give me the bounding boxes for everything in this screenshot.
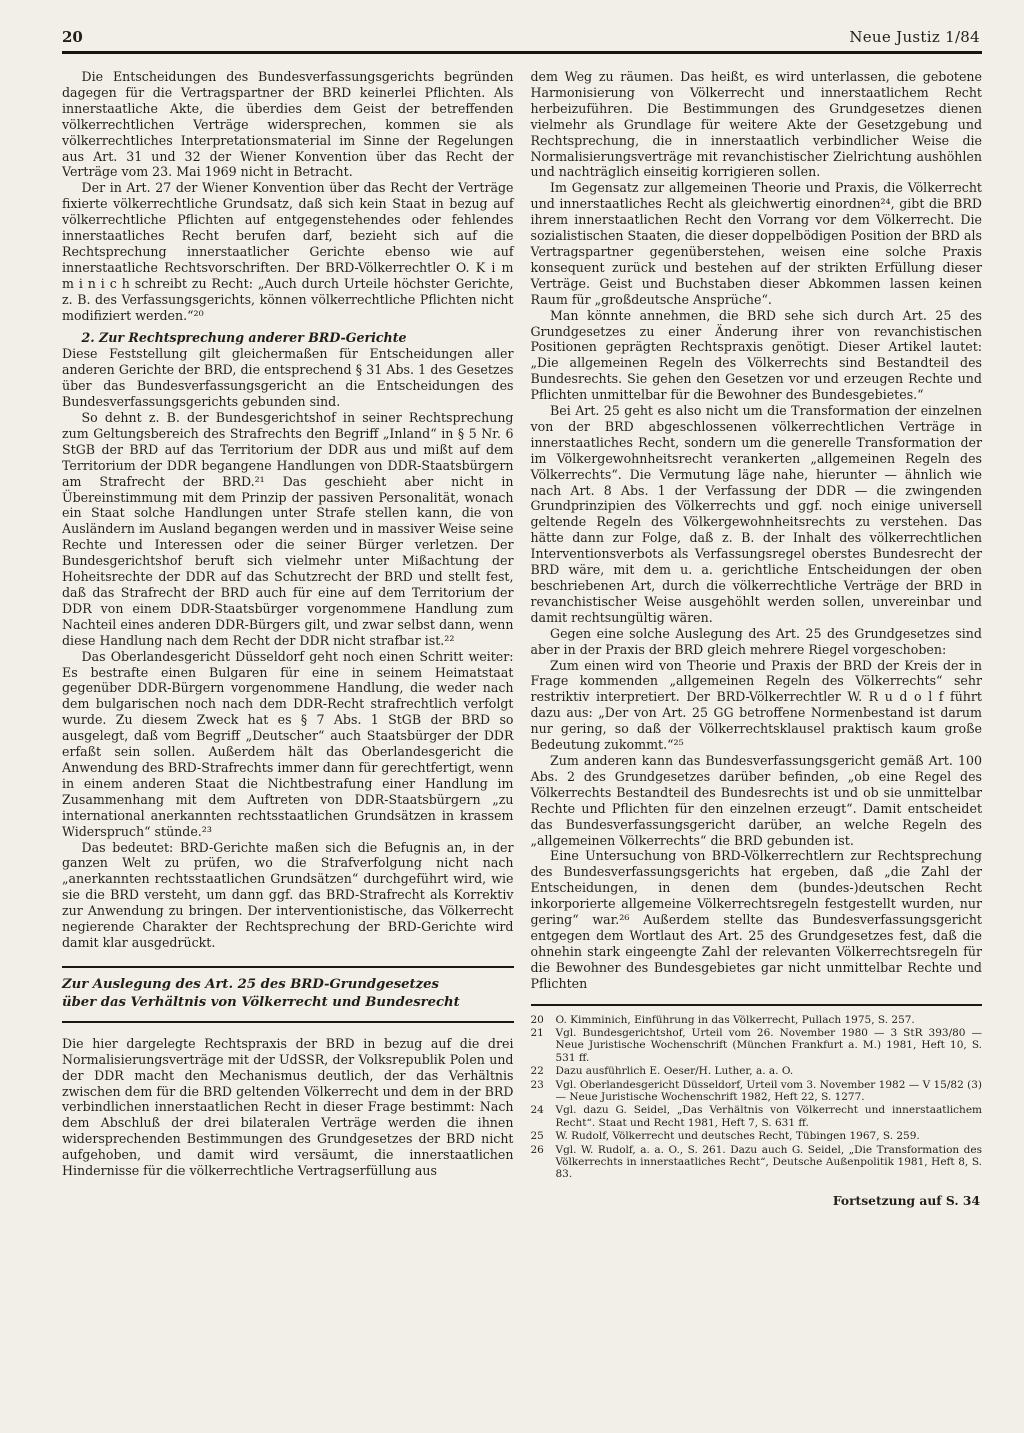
paragraph: Das Oberlandesgericht Düsseldorf geht no…: [62, 649, 514, 840]
paragraph: Im Gegensatz zur allgemeinen Theorie und…: [531, 180, 983, 307]
paragraph: So dehnt z. B. der Bundesgerichtshof in …: [62, 410, 514, 649]
footnotes: 20 O. Kimminich, Einführung in das Völke…: [531, 1004, 983, 1181]
paragraph: Gegen eine solche Auslegung des Art. 25 …: [531, 626, 983, 658]
footnote-number: 22: [531, 1065, 556, 1077]
footnote-text: Vgl. Oberlandesgericht Düsseldorf, Urtei…: [556, 1079, 983, 1104]
paragraph: Die hier dargelegte Rechtspraxis der BRD…: [62, 1036, 514, 1179]
footnote-number: 24: [531, 1104, 556, 1129]
footnote: 24 Vgl. dazu G. Seidel, „Das Verhältnis …: [531, 1104, 983, 1129]
header-rule: [62, 51, 982, 54]
journal-page: 20 Neue Justiz 1/84 Die Entscheidungen d…: [0, 0, 1024, 1433]
footnote-text: Dazu ausführlich E. Oeser/H. Luther, a. …: [556, 1065, 983, 1077]
cross-heading: Zur Auslegung des Art. 25 des BRD-Grundg…: [62, 966, 514, 1023]
paragraph: Diese Feststellung gilt gleichermaßen fü…: [62, 346, 514, 410]
paragraph: Der in Art. 27 der Wiener Konvention übe…: [62, 180, 514, 323]
paragraph: Die Entscheidungen des Bundesverfassungs…: [62, 69, 514, 180]
footnote-number: 23: [531, 1079, 556, 1104]
cross-heading-line: über das Verhältnis von Völkerrecht und …: [62, 994, 514, 1012]
paragraph: Zum einen wird von Theorie und Praxis de…: [531, 658, 983, 753]
article-body: Die Entscheidungen des Bundesverfassungs…: [62, 69, 982, 1209]
footnote-number: 26: [531, 1144, 556, 1181]
continuation-notice: Fortsetzung auf S. 34: [531, 1193, 983, 1209]
footnote-number: 25: [531, 1130, 556, 1142]
page-header: 20 Neue Justiz 1/84: [62, 28, 982, 51]
footnote-text: O. Kimminich, Einführung in das Völkerre…: [556, 1014, 983, 1026]
section-heading: 2. Zur Rechtsprechung anderer BRD-Gerich…: [62, 330, 514, 346]
footnote: 21 Vgl. Bundesgerichtshof, Urteil vom 26…: [531, 1027, 983, 1064]
footnote-number: 20: [531, 1014, 556, 1026]
left-column: Die Entscheidungen des Bundesverfassungs…: [62, 69, 514, 1209]
page-number: 20: [62, 28, 83, 46]
paragraph: dem Weg zu räumen. Das heißt, es wird un…: [531, 69, 983, 180]
footnote: 26 Vgl. W. Rudolf, a. a. O., S. 261. Daz…: [531, 1144, 983, 1181]
footnote-text: Vgl. Bundesgerichtshof, Urteil vom 26. N…: [556, 1027, 983, 1064]
footnote-text: W. Rudolf, Völkerrecht und deutsches Rec…: [556, 1130, 983, 1142]
footnote: 20 O. Kimminich, Einführung in das Völke…: [531, 1014, 983, 1026]
paragraph: Bei Art. 25 geht es also nicht um die Tr…: [531, 403, 983, 626]
journal-title: Neue Justiz 1/84: [849, 28, 980, 46]
paragraph: Man könnte annehmen, die BRD sehe sich d…: [531, 308, 983, 403]
footnote-text: Vgl. dazu G. Seidel, „Das Verhältnis von…: [556, 1104, 983, 1129]
cross-heading-line: Zur Auslegung des Art. 25 des BRD-Grundg…: [62, 976, 514, 994]
footnote-text: Vgl. W. Rudolf, a. a. O., S. 261. Dazu a…: [556, 1144, 983, 1181]
paragraph: Eine Untersuchung von BRD-Völkerrechtler…: [531, 848, 983, 991]
footnote: 22 Dazu ausführlich E. Oeser/H. Luther, …: [531, 1065, 983, 1077]
paragraph: Das bedeutet: BRD-Gerichte maßen sich di…: [62, 840, 514, 951]
footnote: 23 Vgl. Oberlandesgericht Düsseldorf, Ur…: [531, 1079, 983, 1104]
paragraph: Zum anderen kann das Bundesverfassungsge…: [531, 753, 983, 848]
footnote: 25 W. Rudolf, Völkerrecht und deutsches …: [531, 1130, 983, 1142]
footnote-number: 21: [531, 1027, 556, 1064]
right-column: dem Weg zu räumen. Das heißt, es wird un…: [531, 69, 983, 1209]
